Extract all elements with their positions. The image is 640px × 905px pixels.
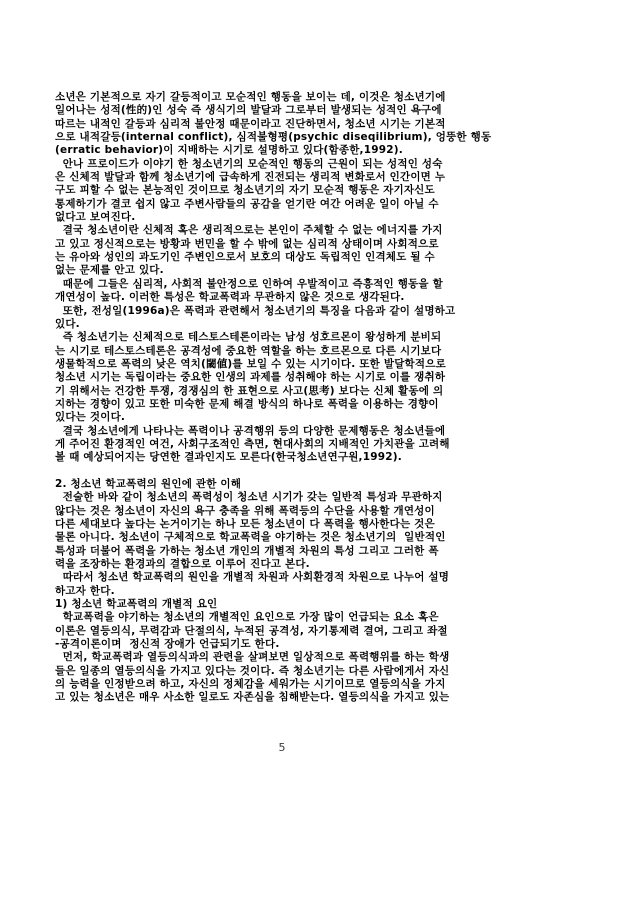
- body-paragraph: 때문에 그들은 심리적, 사회적 불안정으로 인하여 우발적이고 즉흥적인 행동…: [55, 278, 592, 305]
- body-paragraph: 결국 청소년이란 신체적 혹은 생리적으로는 본인이 주체할 수 없는 에너지를…: [55, 224, 592, 277]
- body-paragraph: 소년은 기본적으로 자기 갈등적이고 모순적인 행동을 보이는 데, 이것은 청…: [55, 91, 592, 158]
- body-paragraph: 안나 프로이드가 이야기 한 청소년기의 모순적인 행동의 근원이 되는 성적인…: [55, 158, 592, 225]
- body-paragraph: 학교폭력을 야기하는 청소년의 개별적인 요인으로 가장 많이 언급되는 요소 …: [55, 611, 592, 651]
- body-paragraph: 먼저, 학교폭력과 열등의식과의 관련을 살펴보면 일상적으로 폭력행위를 하는…: [55, 651, 592, 704]
- body-paragraph: 전술한 바와 같이 청소년의 폭력성이 청소년 시기가 갖는 일반적 특성과 무…: [55, 491, 592, 571]
- body-paragraph: 결국 청소년에게 나타나는 폭력이나 공격행위 등의 다양한 문제행동은 청소년…: [55, 425, 592, 465]
- subsection-heading: 1) 청소년 학교폭력의 개별적 요인: [55, 598, 592, 611]
- document-page: 소년은 기본적으로 자기 갈등적이고 모순적인 행동을 보이는 데, 이것은 청…: [0, 0, 640, 905]
- body-paragraph: 또한, 전성일(1996a)은 폭력과 관련해서 청소년기의 특징을 다음과 같…: [55, 305, 592, 332]
- page-number: 5: [262, 741, 302, 754]
- document-text-block: 소년은 기본적으로 자기 갈등적이고 모순적인 행동을 보이는 데, 이것은 청…: [55, 91, 592, 705]
- body-paragraph: 따라서 청소년 학교폭력의 원인을 개별적 차원과 사회환경적 차원으로 나누어…: [55, 571, 592, 598]
- section-heading: 2. 청소년 학교폭력의 원인에 관한 이해: [55, 478, 592, 491]
- body-paragraph: 즉 청소년기는 신체적으로 테스토스테론이라는 남성 성호르몬이 왕성하게 분비…: [55, 331, 592, 424]
